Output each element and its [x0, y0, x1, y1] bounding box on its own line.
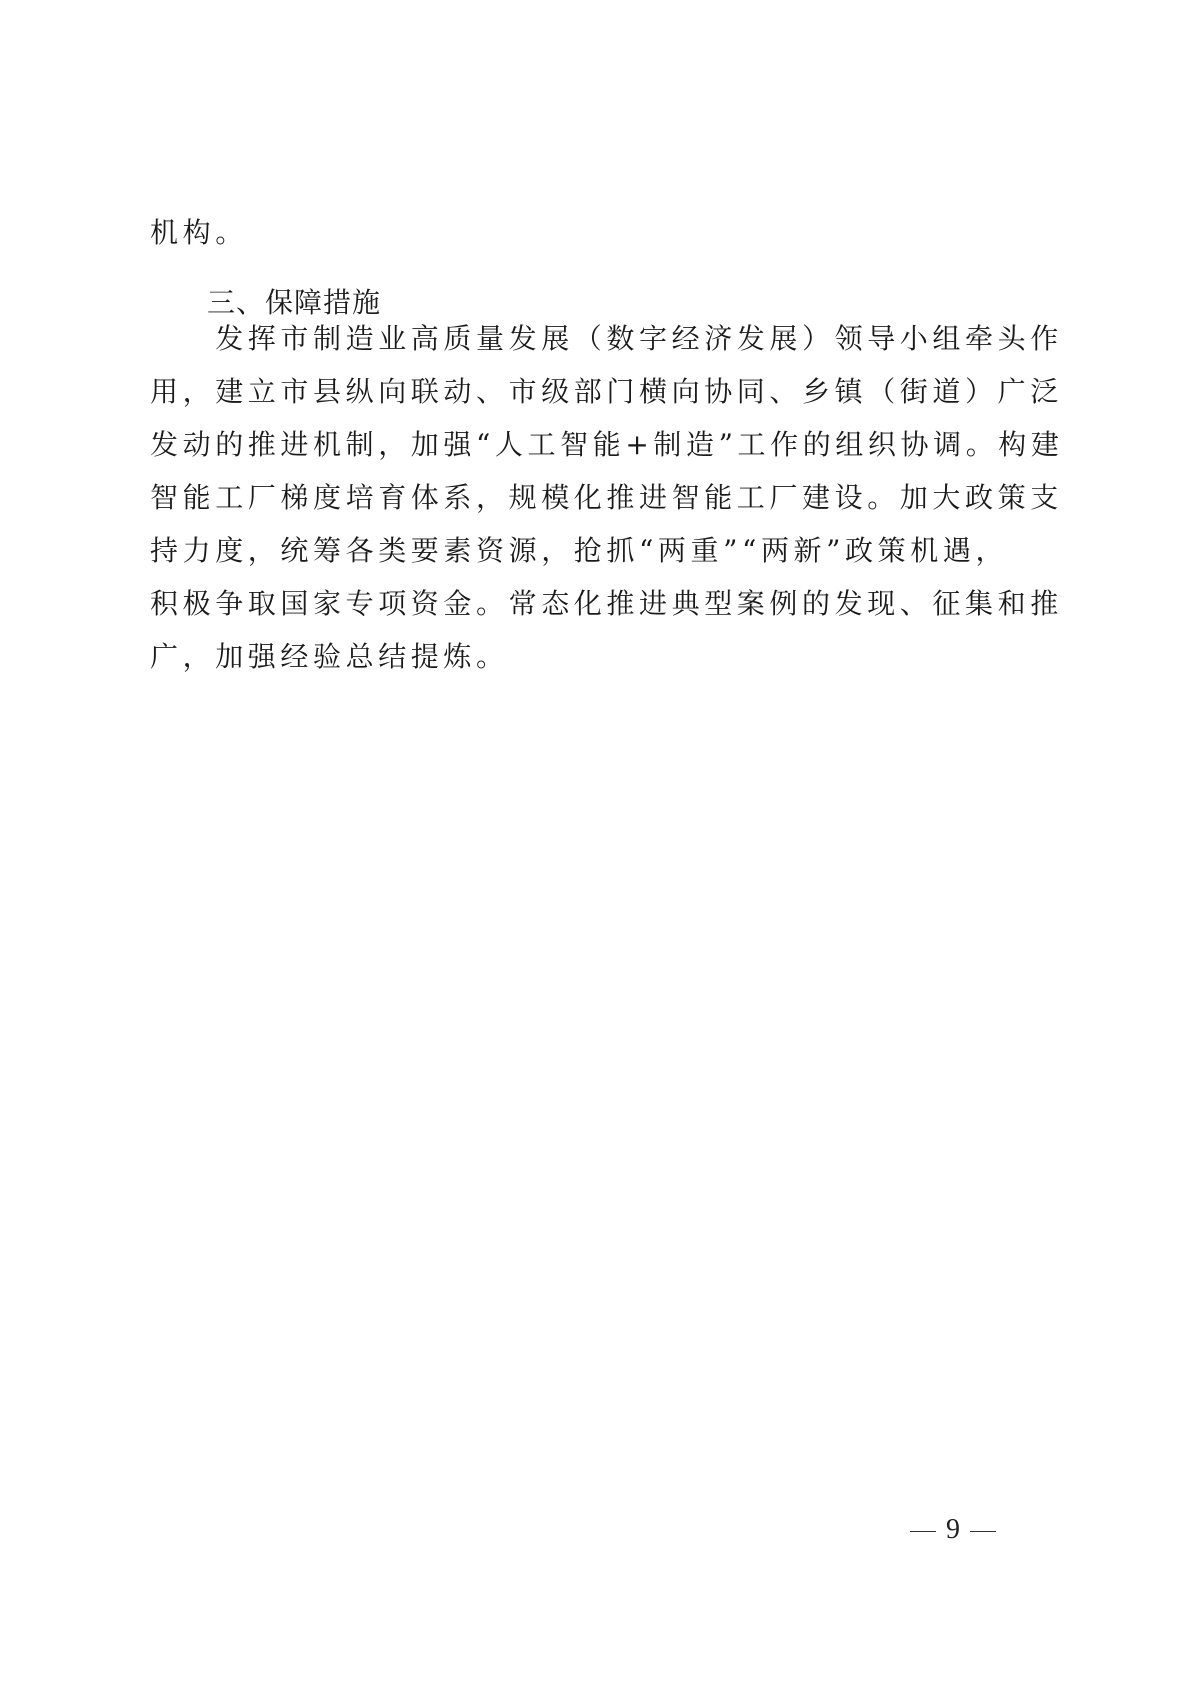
paragraph-line: 广，加强经验总结提炼。 — [150, 637, 1010, 677]
paragraph-line: 发动的推进机制，加强“人工智能+制造”工作的组织协调。构建 — [150, 425, 1010, 465]
paragraph-line: 积极争取国家专项资金。常态化推进典型案例的发现、征集和推 — [150, 584, 1010, 624]
paragraph-line: 用，建立市县纵向联动、市级部门横向协同、乡镇（街道）广泛 — [150, 372, 1010, 412]
page-number: 9 — [900, 1510, 1006, 1550]
paragraph-line: 智能工厂梯度培育体系，规模化推进智能工厂建设。加大政策支 — [150, 478, 1010, 518]
document-page: 机构。 三、保障措施 发挥市制造业高质量发展（数字经济发展）领导小组牵头作 用，… — [0, 0, 1190, 1684]
paragraph-line: 发挥市制造业高质量发展（数字经济发展）领导小组牵头作 — [150, 319, 1010, 359]
page-number-dash-left — [910, 1531, 936, 1533]
continuation-text: 机构。 — [150, 213, 1010, 253]
page-number-dash-right — [970, 1531, 996, 1533]
section-heading: 三、保障措施 — [207, 283, 381, 323]
page-number-value: 9 — [946, 1514, 960, 1545]
paragraph-line: 持力度，统筹各类要素资源，抢抓“两重”“两新”政策机遇， — [150, 531, 1010, 571]
